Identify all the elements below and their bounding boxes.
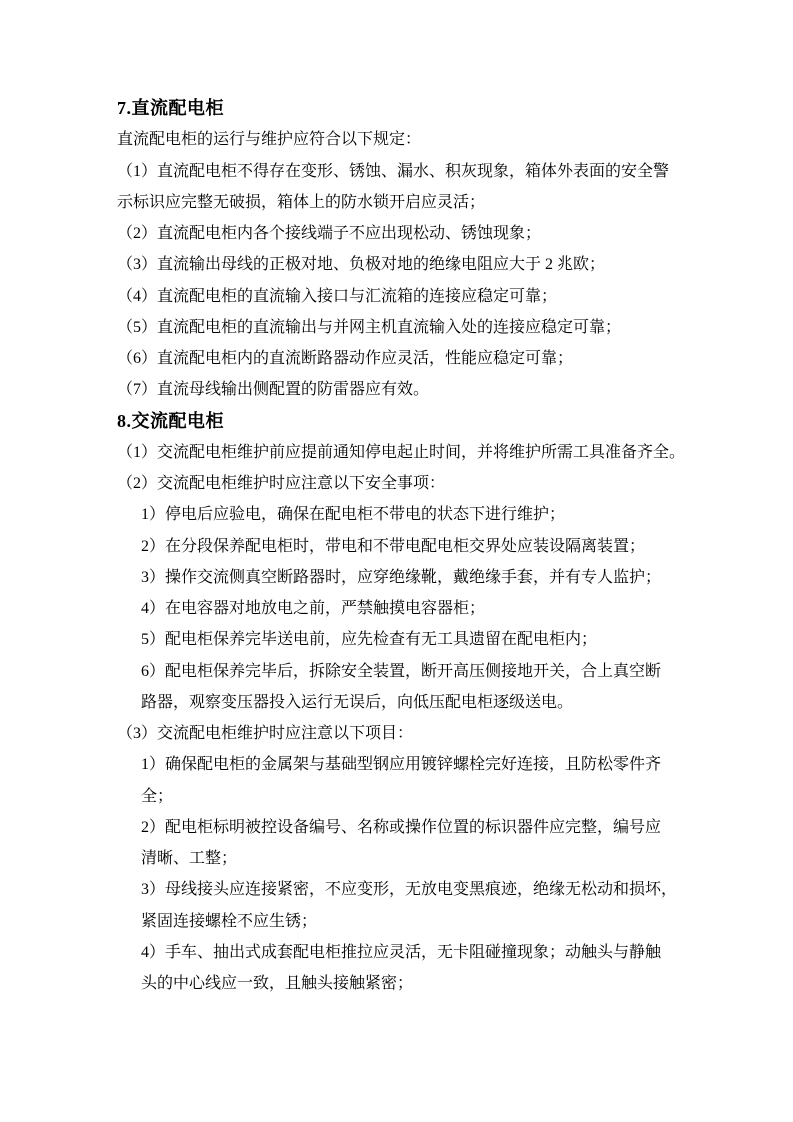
text-line: 2）配电柜标明被控设备编号、名称或操作位置的标识器件应完整，编号应: [117, 812, 717, 843]
text-line: 3）母线接头应连接紧密，不应变形，无放电变黑痕迹，绝缘无松动和损坏，: [117, 874, 717, 905]
text-line: 5）配电柜保养完毕送电前，应先检查有无工具遗留在配电柜内；: [117, 624, 717, 655]
text-line: 路器，观察变压器投入运行无误后，向低压配电柜逐级送电。: [117, 687, 717, 718]
text-line: 3）操作交流侧真空断路器时，应穿绝缘靴，戴绝缘手套，并有专人监护；: [117, 562, 717, 593]
document-body: 7.直流配电柜直流配电柜的运行与维护应符合以下规定：（1）直流配电柜不得存在变形…: [117, 93, 717, 999]
text-line: （7）直流母线输出侧配置的防雷器应有效。: [117, 374, 717, 405]
text-line: （2）直流配电柜内各个接线端子不应出现松动、锈蚀现象；: [117, 218, 717, 249]
text-line: （1）直流配电柜不得存在变形、锈蚀、漏水、积灰现象，箱体外表面的安全警: [117, 156, 717, 187]
section-heading: 8.交流配电柜: [117, 406, 717, 437]
text-line: （6）直流配电柜内的直流断路器动作应灵活，性能应稳定可靠；: [117, 343, 717, 374]
section-heading: 7.直流配电柜: [117, 93, 717, 124]
text-line: 4）在电容器对地放电之前，严禁触摸电容器柜；: [117, 593, 717, 624]
text-line: 4）手车、抽出式成套配电柜推拉应灵活，无卡阻碰撞现象；动触头与静触: [117, 937, 717, 968]
text-line: 1）停电后应验电，确保在配电柜不带电的状态下进行维护；: [117, 499, 717, 530]
text-line: （3）直流输出母线的正极对地、负极对地的绝缘电阻应大于 2 兆欧；: [117, 249, 717, 280]
text-line: 2）在分段保养配电柜时，带电和不带电配电柜交界处应装设隔离装置；: [117, 531, 717, 562]
text-line: （1）交流配电柜维护前应提前通知停电起止时间，并将维护所需工具准备齐全。: [117, 437, 717, 468]
document-page: 7.直流配电柜直流配电柜的运行与维护应符合以下规定：（1）直流配电柜不得存在变形…: [0, 0, 793, 1122]
text-line: 示标识应完整无破损，箱体上的防水锁开启应灵活；: [117, 187, 717, 218]
text-line: 6）配电柜保养完毕后，拆除安全装置，断开高压侧接地开关，合上真空断: [117, 656, 717, 687]
text-line: 清晰、工整；: [117, 843, 717, 874]
text-line: （4）直流配电柜的直流输入接口与汇流箱的连接应稳定可靠；: [117, 281, 717, 312]
text-line: 全；: [117, 781, 717, 812]
text-line: 直流配电柜的运行与维护应符合以下规定：: [117, 124, 717, 155]
text-line: 1）确保配电柜的金属架与基础型钢应用镀锌螺栓完好连接，且防松零件齐: [117, 749, 717, 780]
text-line: （5）直流配电柜的直流输出与并网主机直流输入处的连接应稳定可靠；: [117, 312, 717, 343]
text-line: （3）交流配电柜维护时应注意以下项目：: [117, 718, 717, 749]
text-line: 头的中心线应一致，且触头接触紧密；: [117, 968, 717, 999]
text-line: 紧固连接螺栓不应生锈；: [117, 906, 717, 937]
text-line: （2）交流配电柜维护时应注意以下安全事项：: [117, 468, 717, 499]
